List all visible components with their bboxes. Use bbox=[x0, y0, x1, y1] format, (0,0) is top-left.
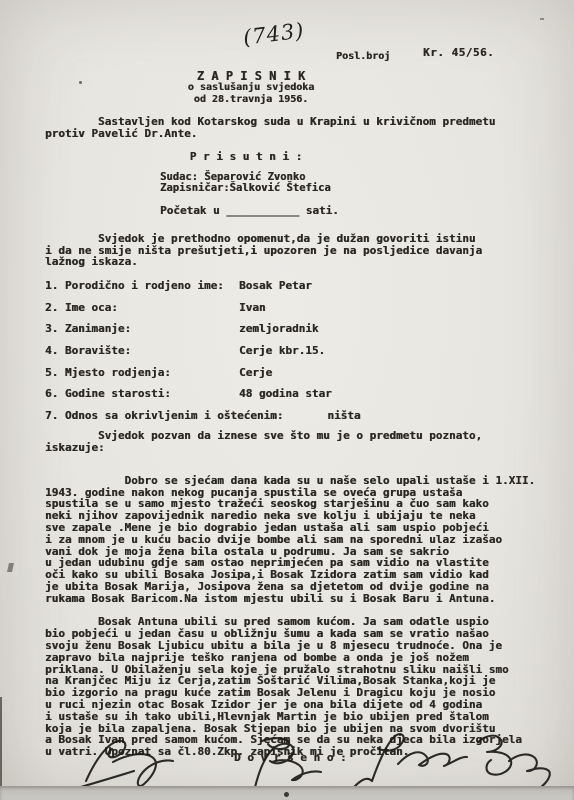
document-title-block: Z A P I S N I K o saslušanju svjedoka od… bbox=[0, 70, 502, 105]
testimony-paragraph-1: Dobro se sjećam dana kada su u naše selo… bbox=[45, 474, 535, 605]
list-item-value: 48 godina star bbox=[239, 387, 332, 400]
list-item-label: 1. Porodično i rodjeno ime: bbox=[45, 279, 231, 292]
list-item-value: zemljoradnik bbox=[239, 322, 318, 335]
list-item-family-name: 1. Porodično i rodjeno ime: Bosak Petar bbox=[45, 279, 545, 301]
list-item-label: 6. Godine starosti: bbox=[45, 387, 231, 400]
testimony-paragraph-2: Bosak Antuna ubili su pred samom kućom. … bbox=[45, 615, 522, 758]
file-number-value: Kr. 45/56. bbox=[423, 46, 494, 59]
scan-edge-artifact bbox=[0, 697, 2, 787]
list-item-age: 6. Godine starosti: 48 godina star bbox=[45, 387, 545, 409]
paper-speck bbox=[540, 18, 544, 20]
list-item-residence: 4. Boravište: Cerje kbr.15. bbox=[45, 344, 545, 366]
list-item-label: 4. Boravište: bbox=[45, 344, 231, 357]
margin-mark bbox=[7, 563, 14, 572]
witness-details-list: 1. Porodično i rodjeno ime: Bosak Petar … bbox=[45, 279, 545, 431]
list-item-value: Cerje bbox=[239, 366, 272, 379]
testimony-text: Dobro se sjećam dana kada su u naše selo… bbox=[45, 463, 550, 770]
list-item-occupation: 3. Zanimanje: zemljoradnik bbox=[45, 322, 545, 344]
recorder-line: Zapisničar:Šalković Štefica bbox=[160, 182, 331, 194]
scan-bottom-dot bbox=[284, 792, 289, 797]
document-date: od 28.travnja 1956. bbox=[0, 94, 502, 106]
paper-speck bbox=[79, 81, 82, 84]
list-item-label: 2. Ime oca: bbox=[45, 301, 231, 314]
document-title: Z A P I S N I K bbox=[0, 70, 502, 82]
list-item-label: 7. Odnos sa okrivljenim i oštećenim: bbox=[45, 409, 283, 422]
document-page: (743) Posl.broj Kr. 45/56. Z A P I S N I… bbox=[0, 0, 574, 800]
file-number-label: Posl.broj bbox=[336, 51, 390, 62]
list-item-relation: 7. Odnos sa okrivljenim i oštećenim: niš… bbox=[45, 409, 545, 431]
statement-intro-paragraph: Svjedok pozvan da iznese sve što mu je o… bbox=[45, 430, 550, 453]
witness-warning-paragraph: Svjedok je prethodno opomenut,da je duža… bbox=[45, 233, 555, 268]
list-item-value: Bosak Petar bbox=[239, 279, 312, 292]
list-item-label: 5. Mjesto rodjenja: bbox=[45, 366, 231, 379]
list-item-birthplace: 5. Mjesto rodjenja: Cerje bbox=[45, 366, 545, 388]
document-subtitle: o saslušanju svjedoka bbox=[0, 82, 502, 94]
list-item-value: Ivan bbox=[239, 301, 266, 314]
closing-done-label: D o v r š e n o : bbox=[234, 751, 347, 764]
list-item-value: ništa bbox=[327, 409, 360, 422]
intro-paragraph: Sastavljen kod Kotarskog suda u Krapini … bbox=[45, 116, 550, 139]
start-time-line: Početak u ___________ sati. bbox=[160, 204, 339, 217]
present-heading: P r i s u t n i : bbox=[0, 150, 492, 163]
list-item-label: 3. Zanimanje: bbox=[45, 322, 231, 335]
handwritten-folio-number: (743) bbox=[242, 18, 306, 49]
list-item-value: Cerje kbr.15. bbox=[239, 344, 325, 357]
list-item-father-name: 2. Ime oca: Ivan bbox=[45, 301, 545, 323]
